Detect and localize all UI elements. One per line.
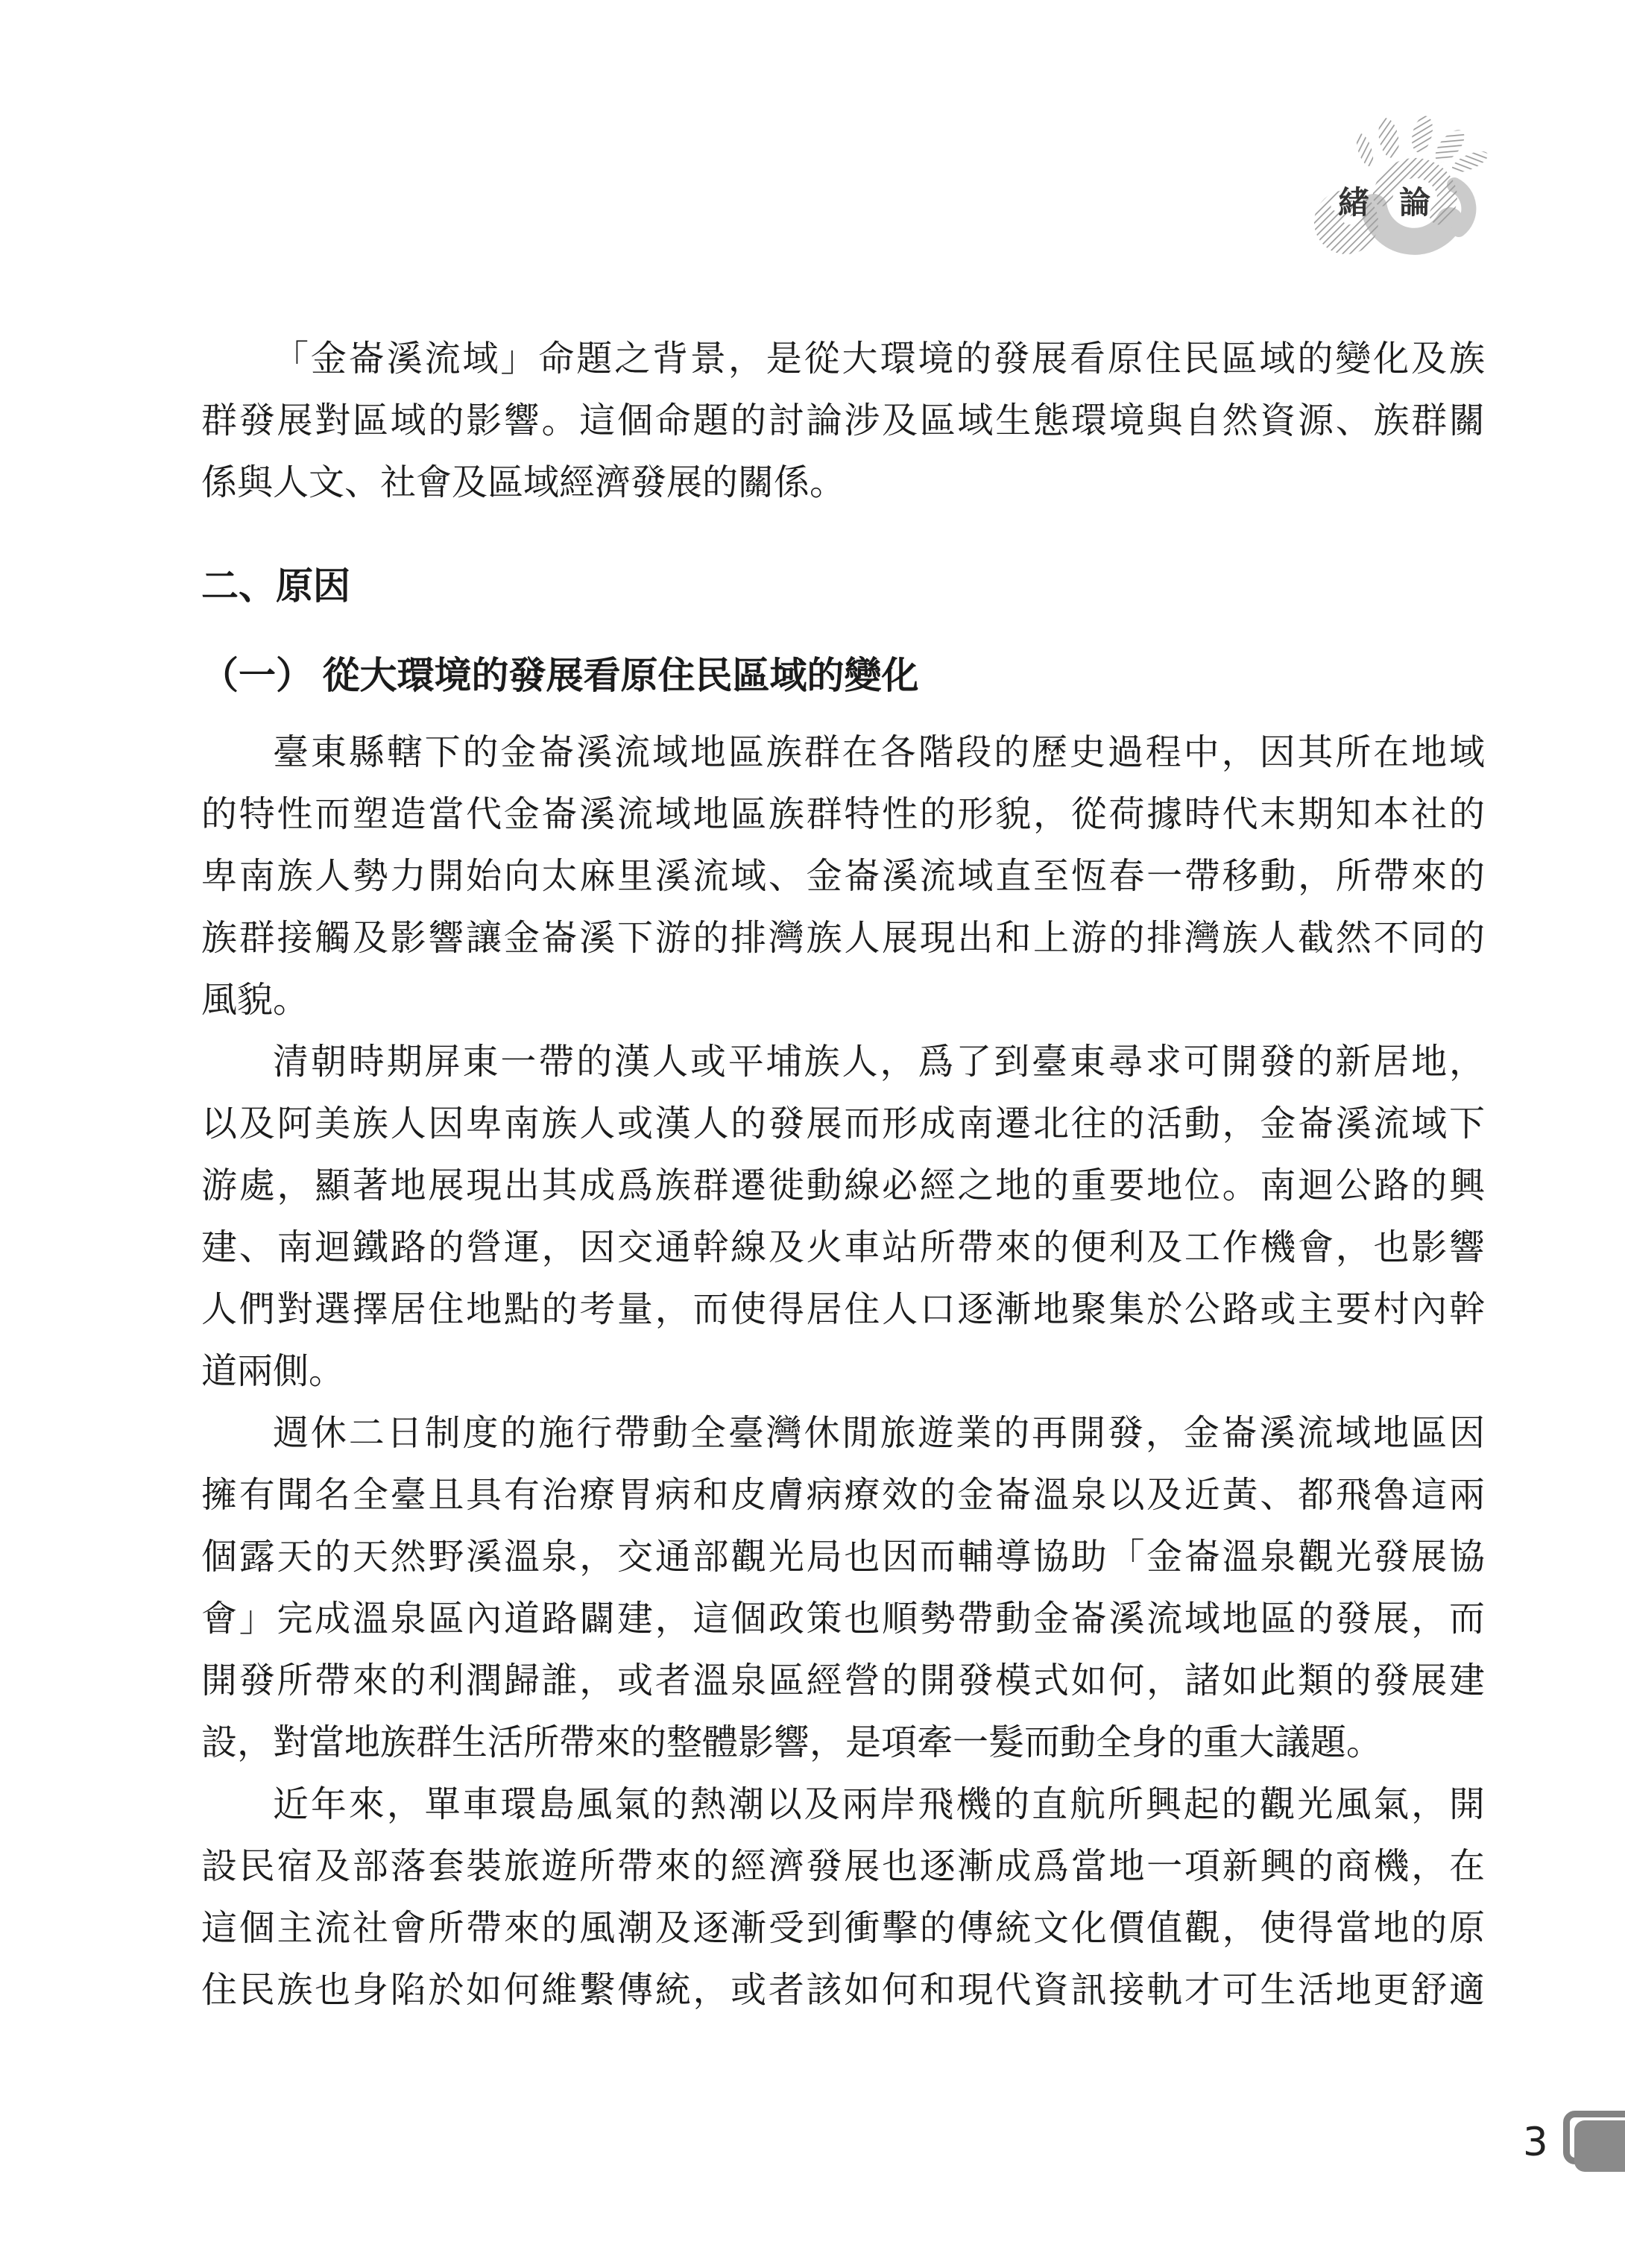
text-line: 以及阿美族人因卑南族人或漢人的發展而形成南遷北往的活動，金崙溪流域下 — [201, 1093, 1485, 1155]
text-line: 擁有聞名全臺且具有治療胃病和皮膚病療效的金崙溫泉以及近黃、都飛魯這兩 — [201, 1464, 1485, 1526]
text-line: 設民宿及部落套裝旅遊所帶來的經濟發展也逐漸成爲當地一項新興的商機，在 — [201, 1836, 1485, 1897]
paragraph-1: 臺東縣轄下的金崙溪流域地區族群在各階段的歷史過程中，因其所在地域的特性而塑造當代… — [201, 722, 1485, 1031]
text-line: 建、南迴鐵路的營運，因交通幹線及火車站所帶來的便利及工作機會，也影響 — [201, 1217, 1485, 1279]
text-line: 這個主流社會所帶來的風潮及逐漸受到衝擊的傳統文化價值觀，使得當地的原 — [201, 1897, 1485, 1959]
chapter-title-label: 緒論 — [1338, 186, 1460, 221]
text-line: 係與人文、社會及區域經濟發展的關係。 — [201, 452, 1485, 514]
text-line: 臺東縣轄下的金崙溪流域地區族群在各階段的歷史過程中，因其所在地域 — [201, 722, 1485, 784]
chapter-stamp — [1308, 95, 1502, 267]
subsection-heading: （一） 從大環境的發展看原住民區域的變化 — [201, 645, 1485, 707]
page-body: 「金崙溪流域」命題之背景，是從大環境的發展看原住民區域的變化及族群發展對區域的影… — [201, 328, 1485, 2021]
text-line: 近年來，單車環島風氣的熱潮以及兩岸飛機的直航所興起的觀光風氣，開 — [201, 1774, 1485, 1836]
text-line: 會」完成溫泉區內道路闢建，這個政策也順勢帶動金崙溪流域地區的發展，而 — [201, 1588, 1485, 1650]
text-line: 週休二日制度的施行帶動全臺灣休閒旅遊業的再開發，金崙溪流域地區因 — [201, 1402, 1485, 1464]
scanned-document-page: 緒論 「金崙溪流域」命題之背景，是從大環境的發展看原住民區域的變化及族群發展對區… — [0, 0, 1625, 2268]
text-line: 的特性而塑造當代金崙溪流域地區族群特性的形貌，從荷據時代末期知本社的 — [201, 784, 1485, 845]
text-line: 開發所帶來的利潤歸誰，或者溫泉區經營的開發模式如何，諸如此類的發展建 — [201, 1650, 1485, 1712]
text-line: 風貌。 — [201, 969, 1485, 1031]
hand-sun-swirl-icon — [1308, 95, 1502, 267]
text-line: 族群接觸及影響讓金崙溪下游的排灣族人展現出和上游的排灣族人截然不同的 — [201, 907, 1485, 969]
paragraph-2: 清朝時期屏東一帶的漢人或平埔族人，爲了到臺東尋求可開發的新居地，以及阿美族人因卑… — [201, 1031, 1485, 1402]
intro-paragraph: 「金崙溪流域」命題之背景，是從大環境的發展看原住民區域的變化及族群發展對區域的影… — [201, 328, 1485, 514]
paragraph-3: 週休二日制度的施行帶動全臺灣休閒旅遊業的再開發，金崙溪流域地區因擁有聞名全臺且具… — [201, 1402, 1485, 1774]
text-line: 群發展對區域的影響。這個命題的討論涉及區域生態環境與自然資源、族群關 — [201, 390, 1485, 452]
paragraph-4: 近年來，單車環島風氣的熱潮以及兩岸飛機的直航所興起的觀光風氣，開設民宿及部落套裝… — [201, 1774, 1485, 2021]
text-line: 住民族也身陷於如何維繫傳統，或者該如何和現代資訊接軌才可生活地更舒適 — [201, 1959, 1485, 2021]
text-line: 人們對選擇居住地點的考量，而使得居住人口逐漸地聚集於公路或主要村內幹 — [201, 1279, 1485, 1341]
text-line: 「金崙溪流域」命題之背景，是從大環境的發展看原住民區域的變化及族 — [201, 328, 1485, 390]
text-line: 設，對當地族群生活所帶來的整體影響，是項牽一髮而動全身的重大議題。 — [201, 1712, 1485, 1774]
text-line: 清朝時期屏東一帶的漢人或平埔族人，爲了到臺東尋求可開發的新居地， — [201, 1031, 1485, 1093]
text-line: 道兩側。 — [201, 1341, 1485, 1402]
page-number: 3 — [1523, 2120, 1548, 2165]
section-heading: 二、原因 — [201, 555, 1485, 617]
text-line: 卑南族人勢力開始向太麻里溪流域、金崙溪流域直至恆春一帶移動，所帶來的 — [201, 845, 1485, 907]
text-line: 個露天的天然野溪溫泉，交通部觀光局也因而輔導協助「金崙溫泉觀光發展協 — [201, 1526, 1485, 1588]
text-line: 游處，顯著地展現出其成爲族群遷徙動線必經之地的重要地位。南迴公路的興 — [201, 1155, 1485, 1217]
page-edge-tab — [1574, 2120, 1625, 2172]
